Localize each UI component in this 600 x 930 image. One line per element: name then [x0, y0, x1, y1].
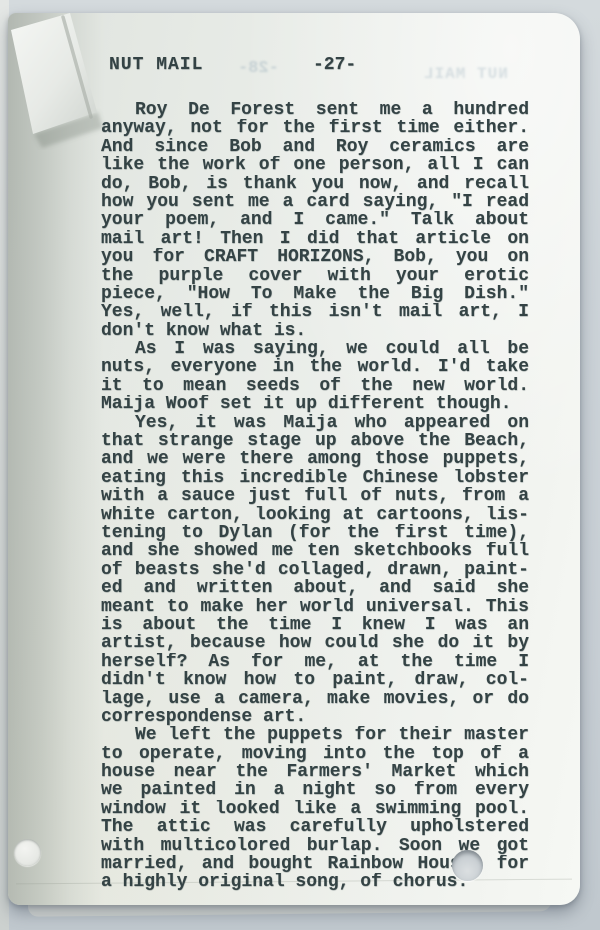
text-line: piece, "How To Make the Big Dish.": [101, 285, 529, 303]
text-line: nuts, everyone in the world. I'd take: [101, 358, 529, 376]
text-line: the purple cover with your erotic: [101, 267, 529, 285]
text-line: of beasts she'd collaged, drawn, paint-: [101, 561, 529, 579]
text-line: white carton, looking at cartoons, lis-: [101, 506, 529, 524]
punch-hole-left: [14, 839, 41, 866]
text-line: Yes, well, if this isn't mail art, I: [101, 303, 529, 321]
punch-hole-right: [452, 850, 483, 881]
text-line: don't know what is.: [101, 322, 529, 340]
text-line: meant to make her world universal. This: [101, 598, 529, 616]
text-line: how you sent me a card saying, "I read: [101, 193, 529, 211]
text-line: house near the Farmers' Market which: [101, 763, 529, 781]
text-line: mail art! Then I did that article on: [101, 230, 529, 248]
text-line: Yes, it was Maija who appeared on: [101, 414, 529, 432]
text-line: eating this incredible Chinese lobster: [101, 469, 529, 487]
text-line: didn't know how to paint, draw, col-: [101, 671, 529, 689]
text-line: anyway, not for the first time either.: [101, 119, 529, 137]
text-line: do, Bob, is thank you now, and recall: [101, 175, 529, 193]
photo-background: -28- NUT MAIL NUT MAIL -27- Roy De Fores…: [0, 0, 600, 930]
page-number: -27-: [313, 55, 356, 75]
text-line: window it looked like a swimming pool.: [101, 800, 529, 818]
text-line: Roy De Forest sent me a hundred: [101, 101, 529, 119]
text-line: it to mean seeds of the new world.: [101, 377, 529, 395]
text-line: is about the time I knew I was an: [101, 616, 529, 634]
text-line: correspondense art.: [101, 708, 529, 726]
page-header-title: NUT MAIL: [109, 55, 203, 75]
text-line: you for CRAFT HORIZONS, Bob, you on: [101, 248, 529, 266]
text-line: with a sauce just full of nuts, from a: [101, 487, 529, 505]
text-line: we painted in a night so from every: [101, 781, 529, 799]
text-line: like the work of one person, all I can: [101, 156, 529, 174]
text-line: As I was saying, we could all be: [101, 340, 529, 358]
page-curl-face: [11, 13, 97, 134]
page-curl: [0, 0, 120, 150]
text-line: your poem, and I came." Talk about: [101, 211, 529, 229]
text-line: and she showed me ten sketchbooks full: [101, 542, 529, 560]
text-line: The attic was carefully upholstered: [101, 818, 529, 836]
text-line: We left the puppets for their master: [101, 726, 529, 744]
text-line: ed and written about, and said she: [101, 579, 529, 597]
text-line: to operate, moving into the top of a: [101, 745, 529, 763]
text-line: and we were there among those puppets,: [101, 450, 529, 468]
text-line: Maija Woof set it up different though.: [101, 395, 529, 413]
text-line: herself? As for me, at the time I: [101, 653, 529, 671]
text-line: that strange stage up above the Beach,: [101, 432, 529, 450]
text-line: lage, use a camera, make movies, or do: [101, 690, 529, 708]
text-line: tening to Dylan (for the first time),: [101, 524, 529, 542]
text-line: And since Bob and Roy ceramics are: [101, 138, 529, 156]
text-line: artist, because how could she do it by: [101, 634, 529, 652]
page-header: NUT MAIL -27-: [101, 55, 529, 77]
body-text: Roy De Forest sent me a hundredanyway, n…: [101, 101, 529, 892]
